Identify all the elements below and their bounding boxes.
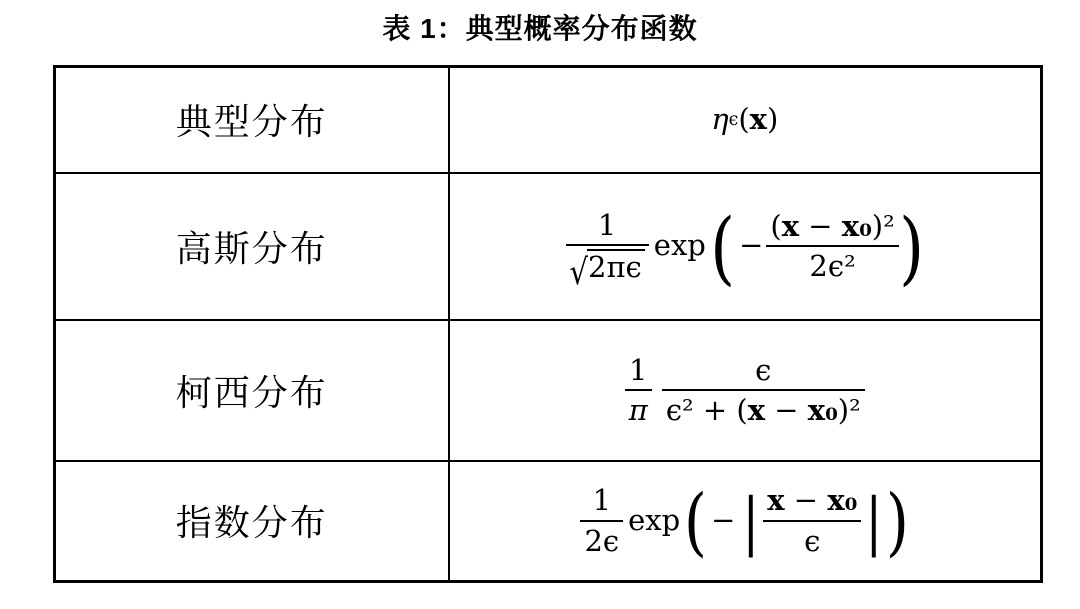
page: 表 1：典型概率分布函数 典型分布 ηϵ(x) 高斯分布 xyxy=(0,0,1080,609)
x-variable: x xyxy=(750,103,767,136)
lorentzian-fraction: ϵ ϵ² + (x − x₀)² xyxy=(662,354,865,427)
fraction-bar xyxy=(763,520,861,522)
eta-symbol: η xyxy=(711,103,728,136)
formula-eta-epsilon-x: ηϵ(x) xyxy=(711,103,778,136)
big-right-paren: ) xyxy=(899,206,924,290)
fraction-bar xyxy=(625,389,652,391)
denominator: √2πϵ xyxy=(566,249,649,283)
table-title: 表 1：典型概率分布函数 xyxy=(0,7,1080,47)
gaussian-formula: 1 √2πϵ exp ( − (x − x₀)² 2ϵ² ) xyxy=(566,204,924,288)
normalization-fraction: 1 2ϵ xyxy=(580,484,623,557)
fraction-bar xyxy=(566,244,649,246)
argument-fraction: x − x₀ ϵ xyxy=(763,484,861,557)
paren: ( xyxy=(770,209,781,243)
minus: − xyxy=(785,483,828,517)
left-paren: ( xyxy=(738,103,749,136)
exp-operator: exp xyxy=(654,229,706,262)
minus-sign: − xyxy=(711,504,735,537)
paren-squared: )² xyxy=(872,209,895,243)
cauchy-formula: 1 π ϵ ϵ² + (x − x₀)² xyxy=(625,354,865,427)
minus: − xyxy=(799,209,842,243)
exponential-formula: 1 2ϵ exp ( − | x − x₀ ϵ | ) xyxy=(580,482,909,560)
table-row-exponential: 指数分布 1 2ϵ exp ( − | x − x₀ ϵ xyxy=(55,461,1042,582)
one-over-pi-fraction: 1 π xyxy=(625,354,652,427)
denominator: ϵ² + (x − x₀)² xyxy=(662,394,865,426)
numerator: 1 xyxy=(589,484,615,516)
numerator: (x − x₀)² xyxy=(766,210,898,242)
table-row-gaussian: 高斯分布 1 √2πϵ exp ( − (x − x₀)² 2ϵ² xyxy=(55,173,1042,320)
cell-formula-column-header: ηϵ(x) xyxy=(449,67,1042,173)
x-variable: x xyxy=(782,209,799,243)
numerator: 1 xyxy=(625,354,651,386)
denominator: 2ϵ xyxy=(580,525,623,557)
table-row-cauchy: 柯西分布 1 π ϵ ϵ² + (x − x₀)² xyxy=(55,320,1042,461)
cell-exponential-formula: 1 2ϵ exp ( − | x − x₀ ϵ | ) xyxy=(449,461,1042,582)
cauchy-label: 柯西分布 xyxy=(176,372,328,413)
minus: − xyxy=(765,393,808,427)
big-left-paren: ( xyxy=(684,484,707,562)
numerator: 1 xyxy=(594,209,620,241)
radicand: 2πϵ xyxy=(587,249,645,282)
fraction-bar xyxy=(662,389,865,391)
numerator: x − x₀ xyxy=(763,484,861,516)
cell-distribution-column-header: 典型分布 xyxy=(55,67,449,173)
table-row-header: 典型分布 ηϵ(x) xyxy=(55,67,1042,173)
fraction-bar xyxy=(580,520,623,522)
abs-bar-right: | xyxy=(865,490,882,553)
right-paren: ) xyxy=(767,103,778,136)
denominator: 2ϵ² xyxy=(805,250,859,282)
x-variable: x xyxy=(767,483,784,517)
paren-squared: )² xyxy=(838,393,861,427)
gaussian-label: 高斯分布 xyxy=(176,228,328,269)
denominator: ϵ xyxy=(800,525,824,557)
numerator: ϵ xyxy=(751,354,775,386)
denominator: π xyxy=(625,394,652,426)
abs-bar-left: | xyxy=(742,490,759,553)
cell-cauchy-formula: 1 π ϵ ϵ² + (x − x₀)² xyxy=(449,320,1042,461)
cell-exponential-label: 指数分布 xyxy=(55,461,449,582)
x0-variable: x₀ xyxy=(842,209,872,243)
exponent-fraction: (x − x₀)² 2ϵ² xyxy=(766,210,898,283)
normalization-fraction: 1 √2πϵ xyxy=(566,209,649,284)
distribution-column-label: 典型分布 xyxy=(176,101,328,142)
x-variable: x xyxy=(748,393,765,427)
fraction-bar xyxy=(766,245,898,247)
cell-gaussian-label: 高斯分布 xyxy=(55,173,449,320)
epsilon-squared-plus: ϵ² + ( xyxy=(666,393,748,427)
cell-cauchy-label: 柯西分布 xyxy=(55,320,449,461)
minus-sign: − xyxy=(739,229,763,262)
x0-variable: x₀ xyxy=(808,393,838,427)
big-left-paren: ( xyxy=(710,206,735,290)
distribution-table: 典型分布 ηϵ(x) 高斯分布 1 √2πϵ exp xyxy=(53,65,1043,583)
cell-gaussian-formula: 1 √2πϵ exp ( − (x − x₀)² 2ϵ² ) xyxy=(449,173,1042,320)
sqrt-icon: √ xyxy=(570,252,588,292)
big-right-paren: ) xyxy=(886,484,909,562)
exp-operator: exp xyxy=(628,504,680,537)
exponential-label: 指数分布 xyxy=(176,502,328,543)
x0-variable: x₀ xyxy=(827,483,857,517)
